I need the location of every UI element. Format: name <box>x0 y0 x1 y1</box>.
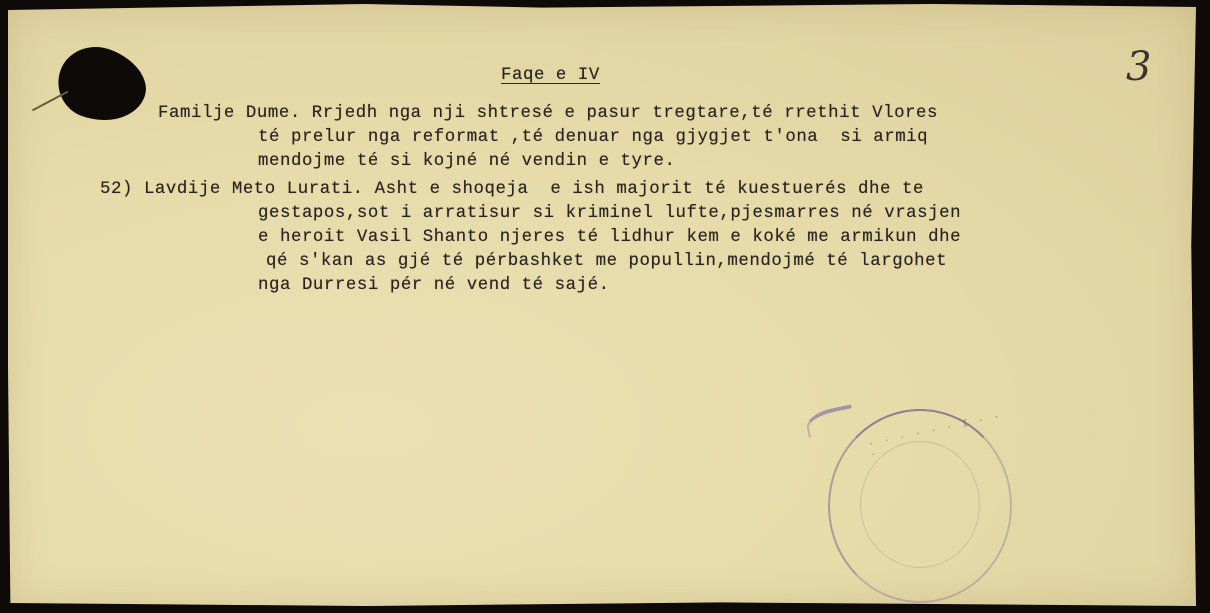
text-line: gestapos,sot i arratisur si kriminel luf… <box>258 204 961 223</box>
official-stamp: · · · · · · I · · · <box>828 409 1012 603</box>
text-line: qé s'kan as gjé té pérbashket me populli… <box>266 252 947 271</box>
text-line: e heroit Vasil Shanto njeres té lidhur k… <box>258 228 961 247</box>
ink-mark <box>804 404 856 437</box>
page-heading: Faqe e IV <box>501 66 606 85</box>
numbered-entry: 52) Lavdije Meto Lurati. Asht e shoqeja … <box>100 180 924 199</box>
text-line: mendojme té si kojné né vendin e tyre. <box>258 152 675 171</box>
text-line: té prelur nga reformat ,té denuar nga gj… <box>258 128 928 147</box>
text-line: Familje Dume. Rrjedh nga nji shtresé e p… <box>158 104 938 123</box>
document-page: Faqe e IV 3 Familje Dume. Rrjedh nga nji… <box>8 4 1196 606</box>
punched-hole <box>48 36 155 134</box>
folio-number: 3 <box>1126 44 1151 90</box>
text-line: nga Durresi pér né vend té sajé. <box>258 276 610 295</box>
